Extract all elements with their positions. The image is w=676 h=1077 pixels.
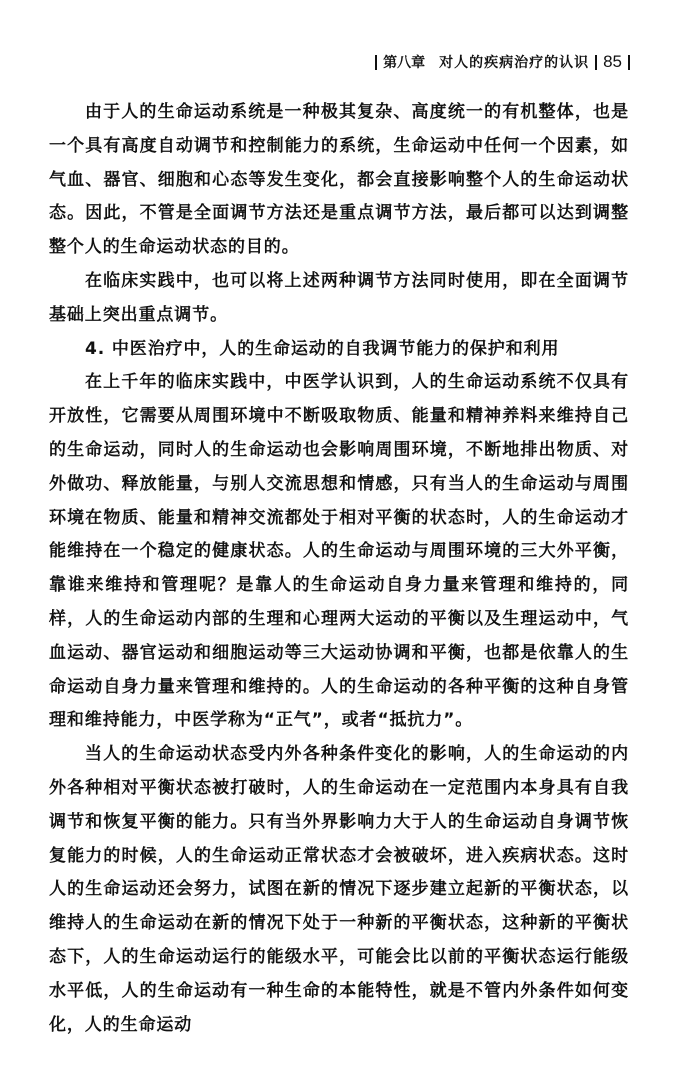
chapter-title: 对人的疾病治疗的认识	[439, 52, 589, 72]
header-divider	[628, 55, 630, 70]
running-header: 第八章 对人的疾病治疗的认识 85	[360, 50, 636, 74]
page-body: 由于人的生命运动系统是一种极其复杂、高度统一的有机整体，也是一个具有高度自动调节…	[49, 96, 629, 1042]
page-number: 85	[603, 52, 622, 72]
chapter-label: 第八章	[383, 52, 425, 72]
paragraph: 在上千年的临床实践中，中医学认识到，人的生命运动系统不仅具有开放性，它需要从周围…	[49, 366, 629, 738]
header-divider	[595, 55, 597, 70]
header-divider	[375, 55, 377, 70]
paragraph: 在临床实践中，也可以将上述两种调节方法同时使用，即在全面调节基础上突出重点调节。	[49, 265, 629, 333]
section-heading: 4. 中医治疗中，人的生命运动的自我调节能力的保护和利用	[49, 333, 629, 367]
paragraph: 由于人的生命运动系统是一种极其复杂、高度统一的有机整体，也是一个具有高度自动调节…	[49, 96, 629, 265]
paragraph: 当人的生命运动状态受内外各种条件变化的影响，人的生命运动的内外各种相对平衡状态被…	[49, 738, 629, 1042]
